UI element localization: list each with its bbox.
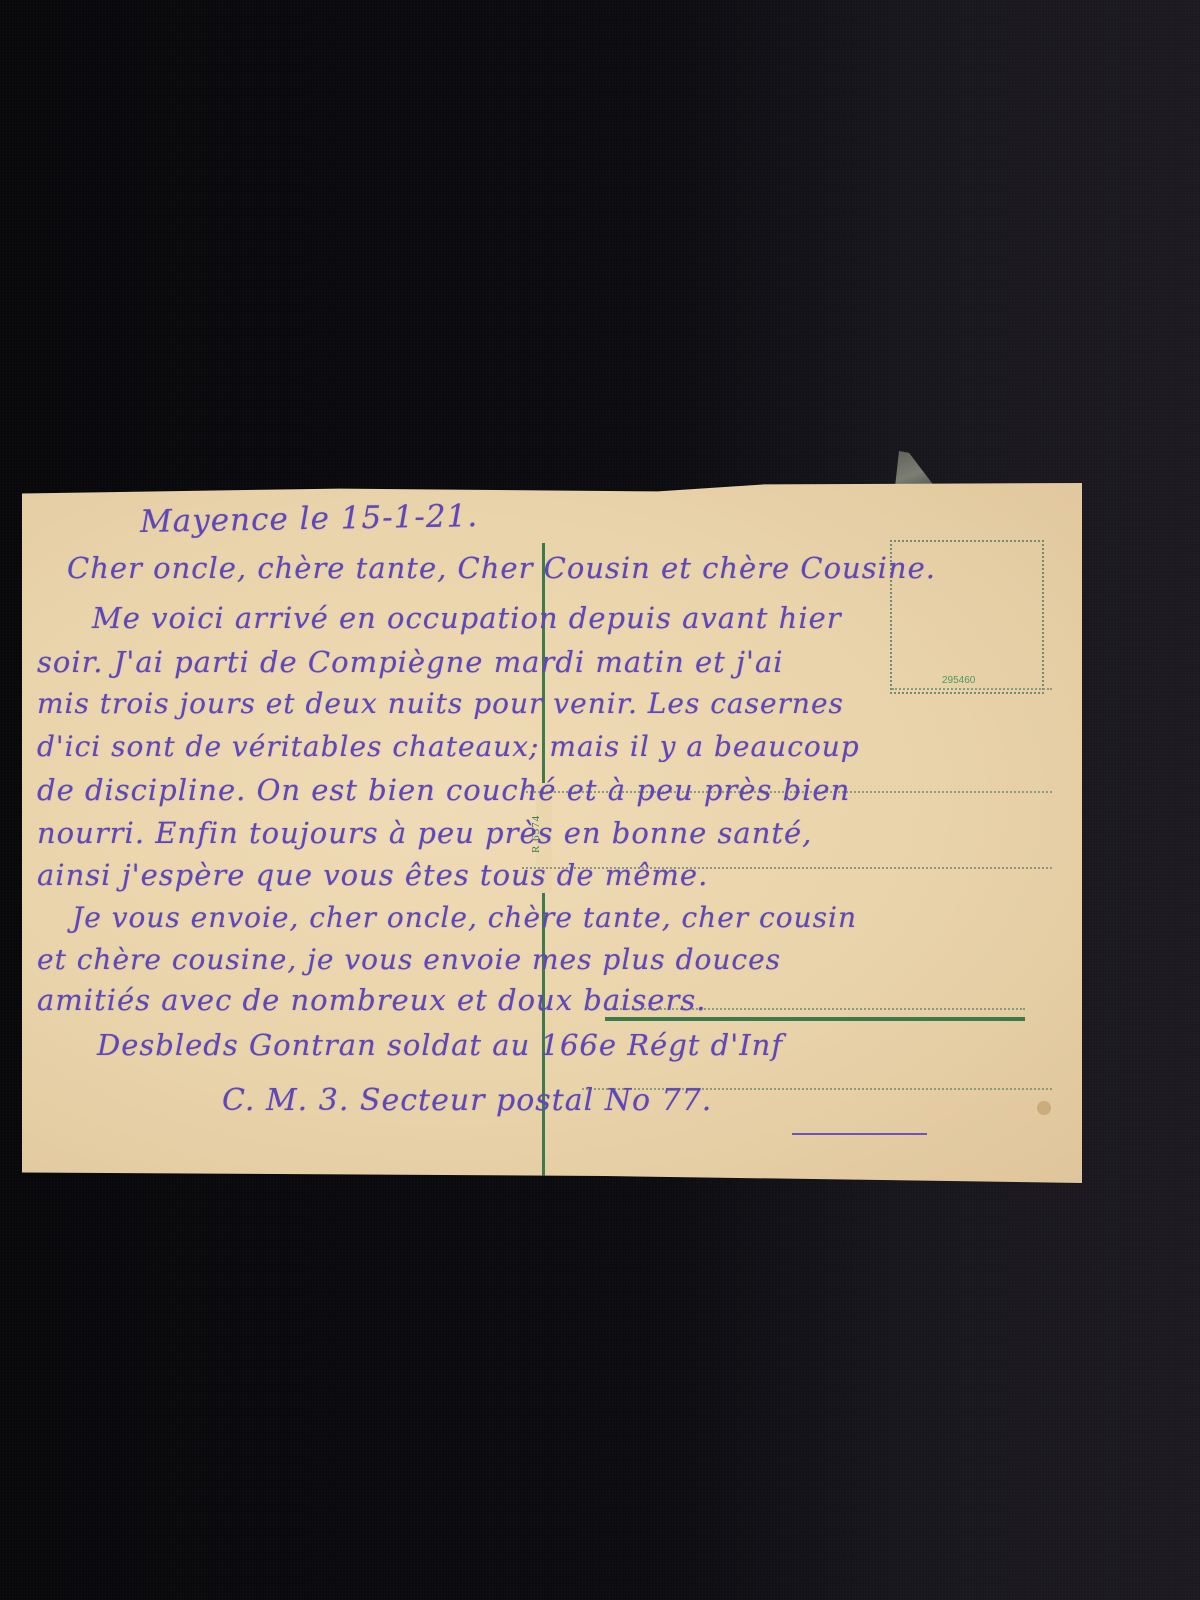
letter-line: ainsi j'espère que vous êtes tous de mêm… — [37, 858, 708, 892]
stain — [1037, 1101, 1051, 1115]
postal-address: C. M. 3. Secteur postal No 77. — [222, 1083, 712, 1118]
letter-line: Me voici arrivé en occupation depuis ava… — [92, 601, 842, 635]
letter-line: nourri. Enfin toujours à peu près en bon… — [37, 816, 812, 850]
green-rule — [605, 1017, 1025, 1021]
letter-line: et chère cousine, je vous envoie mes plu… — [37, 943, 781, 976]
address-line — [892, 688, 1052, 690]
letter-line: d'ici sont de véritables chateaux; mais … — [37, 730, 860, 763]
address-underline — [792, 1133, 927, 1135]
signature: Desbleds Gontran soldat au 166e Régt d'I… — [97, 1028, 783, 1062]
letter-line: de discipline. On est bien couché et à p… — [37, 773, 850, 807]
place-date: Mayence le 15-1-21. — [140, 498, 479, 540]
letter-line: soir. J'ai parti de Compiègne mardi mati… — [37, 645, 784, 679]
letter-line: Je vous envoie, cher oncle, chère tante,… — [72, 901, 857, 934]
letter-line: amitiés avec de nombreux et doux baisers… — [37, 983, 706, 1017]
salutation: Cher oncle, chère tante, Cher Cousin et … — [67, 551, 936, 585]
postcard: R 6574 295460 Mayence le 15-1-21. Cher o… — [22, 483, 1082, 1183]
letter-line: mis trois jours et deux nuits pour venir… — [37, 687, 844, 720]
stamp-box-code: 295460 — [942, 675, 975, 686]
